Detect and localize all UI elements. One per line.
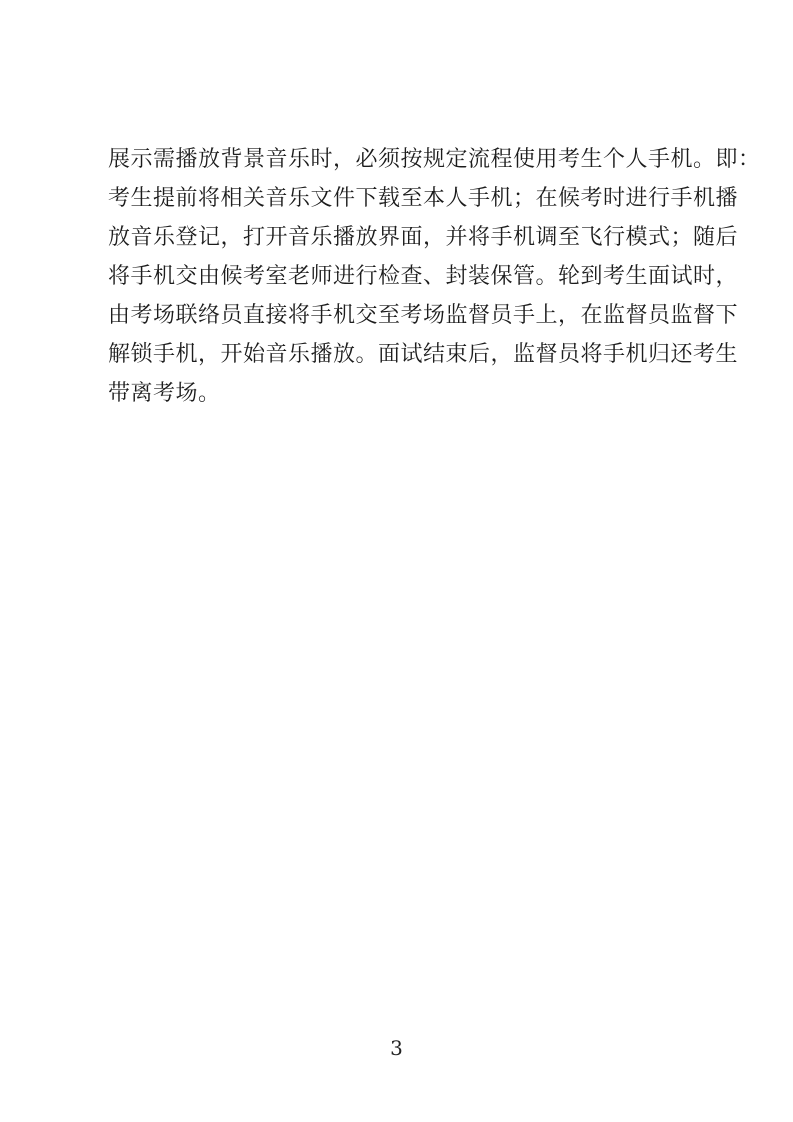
- paragraph-line: 解锁手机，开始音乐播放。面试结束后，监督员将手机归还考生: [108, 335, 694, 374]
- body-paragraph: 展示需播放背景音乐时，必须按规定流程使用考生个人手机。即： 考生提前将相关音乐文…: [108, 140, 694, 413]
- document-page: 展示需播放背景音乐时，必须按规定流程使用考生个人手机。即： 考生提前将相关音乐文…: [0, 0, 793, 1122]
- paragraph-line: 考生提前将相关音乐文件下载至本人手机；在候考时进行手机播: [108, 179, 694, 218]
- page-number: 3: [0, 1036, 793, 1060]
- paragraph-line: 将手机交由候考室老师进行检查、封装保管。轮到考生面试时，: [108, 257, 694, 296]
- paragraph-line: 带离考场。: [108, 374, 694, 413]
- paragraph-line: 展示需播放背景音乐时，必须按规定流程使用考生个人手机。即：: [108, 140, 694, 179]
- paragraph-line: 放音乐登记，打开音乐播放界面，并将手机调至飞行模式；随后: [108, 218, 694, 257]
- paragraph-line: 由考场联络员直接将手机交至考场监督员手上，在监督员监督下: [108, 296, 694, 335]
